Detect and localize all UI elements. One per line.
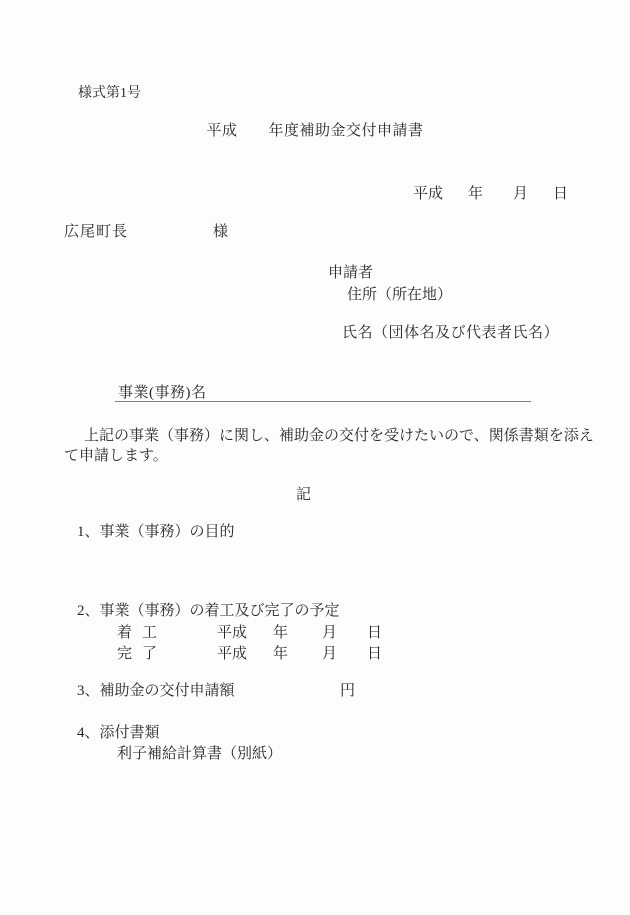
date-year-label: 年 <box>468 186 483 203</box>
start-day-label: 日 <box>367 625 382 642</box>
end-year-label: 年 <box>273 646 288 663</box>
start-month-label: 月 <box>322 625 337 642</box>
body-paragraph-line2: て申請します。 <box>64 448 168 465</box>
date-day-label: 日 <box>553 186 568 203</box>
start-label-char1: 着 <box>117 625 132 642</box>
item-3-amount-label: 3、補助金の交付申請額 <box>77 683 235 700</box>
item-4-attachments-heading: 4、添付書類 <box>77 725 160 742</box>
document-title: 平成 年度補助金交付申請書 <box>0 123 630 140</box>
subsidy-application-form: 様式第1号 平成 年度補助金交付申請書 平成 年 月 日 広尾町長 様 申請者 … <box>0 0 630 915</box>
body-paragraph-line1: 上記の事業（事務）に関し、補助金の交付を受けたいので、関係書類を添え <box>84 428 594 445</box>
date-era-label: 平成 <box>413 186 443 203</box>
start-year-label: 年 <box>273 625 288 642</box>
applicant-name-label: 氏名（団体名及び代表者氏名） <box>342 325 559 342</box>
header-date-line: 平成 年 月 日 <box>0 186 630 203</box>
addressee-honorific: 様 <box>213 224 228 241</box>
end-label-char2: 了 <box>142 646 157 663</box>
schedule-start-row: 着 工 平成 年 月 日 <box>0 625 630 642</box>
start-era-label: 平成 <box>217 625 247 642</box>
project-name-field: 事業(事務)名 <box>115 384 531 402</box>
addressee-name: 広尾町長 <box>64 224 128 241</box>
end-label-char1: 完 <box>117 646 132 663</box>
item-1-purpose: 1、事業（事務）の目的 <box>77 524 235 541</box>
end-month-label: 月 <box>322 646 337 663</box>
addressee-line: 広尾町長 様 <box>0 224 630 241</box>
form-number: 様式第1号 <box>78 85 141 102</box>
end-era-label: 平成 <box>217 646 247 663</box>
item-2-schedule-heading: 2、事業（事務）の着工及び完了の予定 <box>77 603 340 620</box>
ki-marker: 記 <box>296 487 311 504</box>
date-month-label: 月 <box>513 186 528 203</box>
attachment-document-name: 利子補給計算書（別紙） <box>117 746 282 763</box>
applicant-label: 申請者 <box>328 265 373 282</box>
project-name-label: 事業(事務)名 <box>118 385 207 402</box>
item-3-yen-unit: 円 <box>340 683 355 700</box>
schedule-end-row: 完 了 平成 年 月 日 <box>0 646 630 663</box>
end-day-label: 日 <box>367 646 382 663</box>
applicant-address-label: 住所（所在地） <box>347 287 452 304</box>
start-label-char2: 工 <box>142 625 157 642</box>
item-3-amount-row: 3、補助金の交付申請額 円 <box>0 683 630 700</box>
